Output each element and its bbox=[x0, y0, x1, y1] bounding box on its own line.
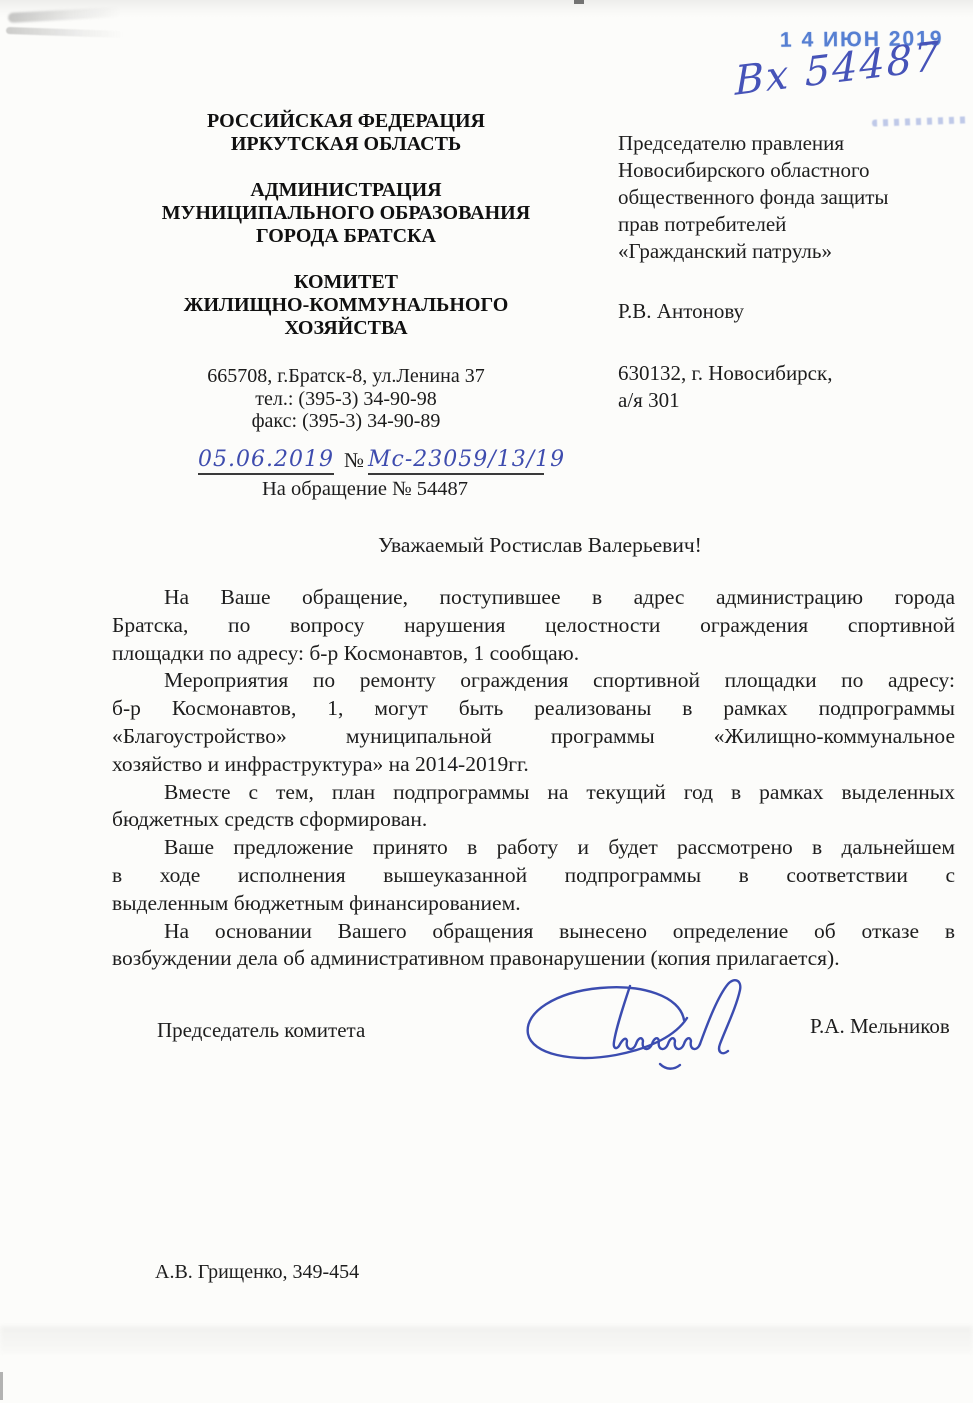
body-line: На Ваше обращение, поступившее в адрес а… bbox=[112, 584, 955, 612]
reference-number-handwriting: Мс-23059/13/19 bbox=[368, 447, 565, 472]
letterhead-committee-line: ХОЗЯЙСТВА bbox=[150, 317, 542, 340]
scan-shadow-bottom bbox=[0, 1326, 973, 1354]
body-line: Братска, по вопросу нарушения целостност… bbox=[112, 612, 955, 640]
letterhead-committee-line: КОМИТЕТ bbox=[150, 271, 542, 294]
recipient-address-line: а/я 301 bbox=[618, 387, 966, 414]
recipient-name: Р.В. Антонову bbox=[618, 298, 966, 325]
recipient-position-line: «Гражданский патруль» bbox=[618, 238, 966, 265]
letterhead-country: РОССИЙСКАЯ ФЕДЕРАЦИЯ bbox=[150, 110, 542, 133]
recipient-block: Председателю правления Новосибирского об… bbox=[618, 130, 966, 414]
executor-contact: А.В. Грищенко, 349-454 bbox=[155, 1261, 359, 1284]
reference-number-field: Мс-23059/13/19 bbox=[368, 447, 544, 475]
signer-name: Р.А. Мельников bbox=[810, 1014, 950, 1039]
scan-edge-mark bbox=[0, 1372, 3, 1400]
recipient-position-line: Председателю правления bbox=[618, 130, 966, 157]
scanned-letter-page: 1 4 ИЮН 2019 Вх 54487 РОССИЙСКАЯ ФЕДЕРАЦ… bbox=[0, 0, 973, 1403]
number-sign: № bbox=[344, 448, 364, 475]
handwritten-signature bbox=[512, 978, 778, 1080]
body-line: в ходе исполнения вышеуказанной подпрогр… bbox=[112, 862, 955, 890]
body-line: хозяйство и инфраструктура» на 2014-2019… bbox=[112, 751, 955, 779]
reference-date-field: 05.06.2019 bbox=[198, 447, 334, 475]
recipient-position-line: общественного фонда защиты bbox=[618, 184, 966, 211]
spacer bbox=[150, 156, 542, 179]
scan-edge-mark bbox=[574, 0, 584, 4]
letter-body: На Ваше обращение, поступившее в адрес а… bbox=[112, 584, 955, 973]
letterhead: РОССИЙСКАЯ ФЕДЕРАЦИЯ ИРКУТСКАЯ ОБЛАСТЬ А… bbox=[150, 110, 542, 433]
body-line: площадки по адресу: б-р Космонавтов, 1 с… bbox=[112, 640, 955, 668]
recipient-address-line: 630132, г. Новосибирск, bbox=[618, 360, 966, 387]
recipient-position-line: Новосибирского областного bbox=[618, 157, 966, 184]
body-line: Вместе с тем, план подпрограммы на текущ… bbox=[112, 779, 955, 807]
letterhead-committee-line: ЖИЛИЩНО-КОММУНАЛЬНОГО bbox=[150, 294, 542, 317]
body-line: б-р Космонавтов, 1, могут быть реализова… bbox=[112, 695, 955, 723]
body-line: бюджетных средств сформирован. bbox=[112, 806, 955, 834]
recipient-address: 630132, г. Новосибирск, а/я 301 bbox=[618, 360, 966, 414]
letterhead-organization-line: ГОРОДА БРАТСКА bbox=[150, 225, 542, 248]
reference-date-handwriting: 05.06.2019 bbox=[198, 447, 334, 472]
reference-block: 05.06.2019 № Мс-23059/13/19 На обращение… bbox=[198, 447, 542, 501]
body-line: «Благоустройство» муниципальной программ… bbox=[112, 723, 955, 751]
reference-row: 05.06.2019 № Мс-23059/13/19 bbox=[198, 447, 542, 475]
reference-regarding: На обращение № 54487 bbox=[198, 478, 532, 501]
letterhead-region: ИРКУТСКАЯ ОБЛАСТЬ bbox=[150, 133, 542, 156]
faint-ink-smudge bbox=[872, 116, 968, 126]
body-line: выделенным бюджетным финансированием. bbox=[112, 890, 955, 918]
body-line: Мероприятия по ремонту ограждения спорти… bbox=[112, 667, 955, 695]
letterhead-contacts: 665708, г.Братск-8, ул.Ленина 37 тел.: (… bbox=[150, 365, 542, 433]
body-line: Ваше предложение принято в работу и буде… bbox=[112, 834, 955, 862]
scan-shadow-top bbox=[0, 0, 973, 18]
spacer bbox=[150, 248, 542, 271]
letterhead-address: 665708, г.Братск-8, ул.Ленина 37 bbox=[150, 365, 542, 388]
salutation: Уважаемый Ростислав Валерьевич! bbox=[130, 533, 950, 558]
letterhead-phone: тел.: (395-3) 34-90-98 bbox=[150, 388, 542, 411]
signer-position: Председатель комитета bbox=[157, 1018, 365, 1043]
staple-mark bbox=[6, 27, 124, 38]
body-line: возбуждении дела об административном пра… bbox=[112, 945, 955, 973]
recipient-position-line: прав потребителей bbox=[618, 211, 966, 238]
letterhead-organization-line: АДМИНИСТРАЦИЯ bbox=[150, 179, 542, 202]
body-line: На основании Вашего обращения вынесено о… bbox=[112, 918, 955, 946]
letterhead-organization-line: МУНИЦИПАЛЬНОГО ОБРАЗОВАНИЯ bbox=[150, 202, 542, 225]
letterhead-fax: факс: (395-3) 34-90-89 bbox=[150, 410, 542, 433]
staple-mark bbox=[8, 7, 120, 23]
